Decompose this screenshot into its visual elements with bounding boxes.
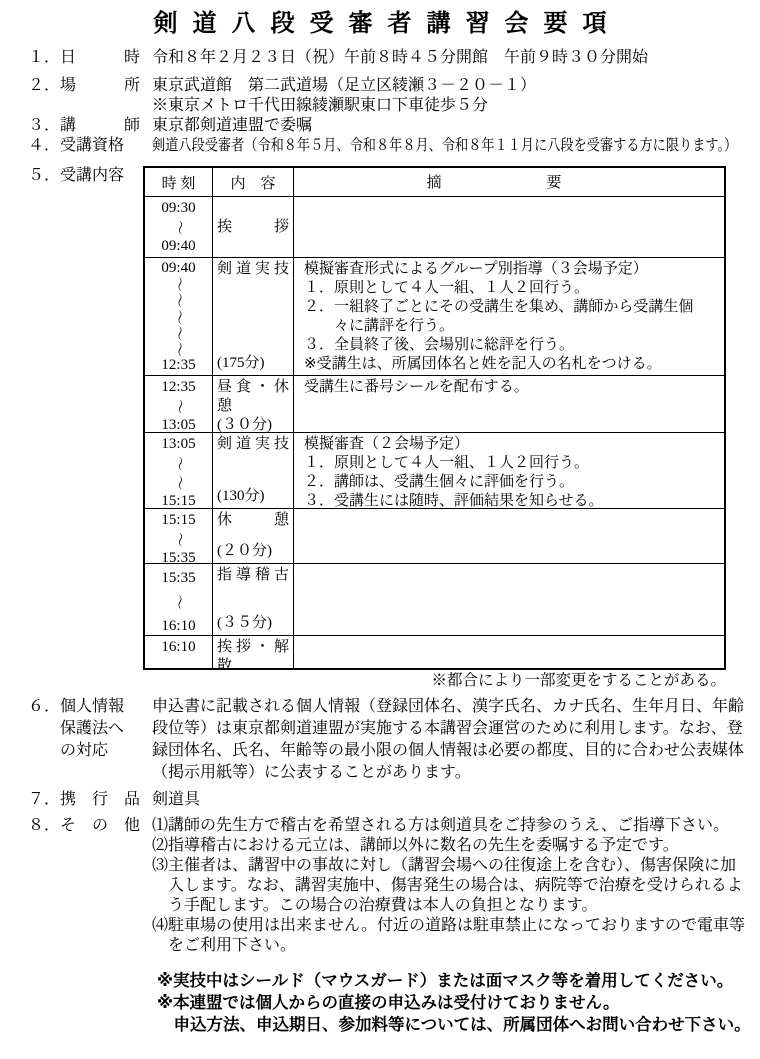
summary-cell [294,509,724,563]
item-label-text: 場 所 [60,76,140,96]
item-label: ２．場 所 [28,76,152,96]
item-belongings: ７．携 行 品 剣道具 [28,790,760,810]
duration-label: (２０分) [217,542,289,561]
activity-name: 指導稽古 [217,566,289,585]
item-privacy: ６．個人情報 保護法へ の対応 申込書に記載される個人情報（登録団体名、漢字氏名… [28,696,760,784]
item-text: 剣道八段受審者（令和８年５月、令和８年８月、令和８年１１月に八段を受審する方に限… [152,136,760,156]
activity-name: 挨拶 [217,218,289,237]
item-text: 申込書に記載される個人情報（登録団体名、漢字氏名、カナ氏名、生年月日、年齢 段位… [152,696,760,784]
item-other: ８．そ の 他 ⑴講師の先生方で稽古を希望される方は剣道具をご持参のうえ、ご指導… [28,816,760,956]
item-text: 東京武道館 第二武道場（足立区綾瀬３－２０－１） ※東京メトロ千代田線綾瀬駅東口… [152,76,760,116]
header-time-cell: 時 刻 [145,168,213,196]
item-number: ３． [28,116,60,136]
item-label-text: 受講内容 [60,166,124,186]
item-text: ⑴講師の先生方で稽古を希望される方は剣道具をご持参のうえ、ご指導下さい。 ⑵指導… [152,816,760,956]
activity-cell: 挨拶 [213,197,294,257]
activity-cell: 剣道実技(130分) [213,433,294,508]
item-text: 東京都剣道連盟で委嘱 [152,116,760,136]
time-cell: 16:10 [145,636,213,668]
duration-label: (３５分) [217,614,289,633]
item-number: ５． [28,166,60,186]
activity-name: 挨拶・解散 [217,638,289,668]
wave-dash-icon: 〜 [169,509,188,563]
schedule-row: 15:35〜16:10指導稽古(３５分) [145,563,724,635]
header-summary-cell: 摘 要 [294,168,724,196]
schedule-row: 09:30〜09:40挨拶 [145,196,724,257]
item-label: ６．個人情報 保護法へ の対応 [28,696,152,762]
item-label-text: 個人情報 保護法へ の対応 [60,696,124,762]
duration-label: (130分) [217,487,289,506]
summary-cell [294,197,724,257]
item-label-text: 受講資格 [60,136,124,156]
time-cell: 09:30〜09:40 [145,197,213,257]
item-text: 令和８年２月２３日（祝）午前８時４５分開館 午前９時３０分開始 [152,48,760,68]
activity-cell: 昼食・休憩(３０分) [213,376,294,432]
item-instructors: ３．講 師 東京都剣道連盟で委嘱 [28,116,760,136]
summary-cell [294,636,724,668]
wave-dash-icon: 〜 [170,316,186,375]
item-label-text: 携 行 品 [60,790,140,810]
summary-cell: 受講生に番号シールを配布する。 [294,376,724,432]
summary-cell [294,564,724,635]
summary-cell: 模擬審査形式によるグループ別指導（３会場予定） １．原則として４人一組、１人２回… [294,258,724,375]
time-cell: 12:35〜13:05 [145,376,213,432]
wave-dash-icon: 〜 [169,197,188,257]
item-label-text: 日 時 [60,48,140,68]
item-number: ２． [28,76,60,96]
item-text: 剣道具 [152,790,760,810]
start-time: 16:10 [145,638,212,657]
item-number: ６． [28,696,60,762]
wave-dash-icon: 〜 [167,569,191,636]
activity-name: 昼食・休憩 [217,378,289,416]
schedule-body: 09:30〜09:40挨拶09:40〜〜〜〜〜12:35剣道実技(175分)模擬… [145,196,724,668]
duration-label: (３０分) [217,416,289,432]
item-number: ４． [28,136,60,156]
bold-footnotes: ※実技中はシールド（マウスガード）または面マスク等を着用してください。 ※本連盟… [157,970,760,1036]
schedule-table: 時 刻 内 容 摘 要 09:30〜09:40挨拶09:40〜〜〜〜〜12:35… [143,166,726,670]
schedule-area: 時 刻 内 容 摘 要 09:30〜09:40挨拶09:40〜〜〜〜〜12:35… [152,166,760,690]
item-label: １．日 時 [28,48,152,68]
wave-dash-icon: 〜 [169,376,188,432]
activity-name: 剣道実技 [217,260,289,279]
activity-name: 休憩 [217,511,289,530]
item-curriculum: ５．受講内容 時 刻 内 容 摘 要 09:30〜09:40挨拶09:40〜〜〜… [28,166,760,690]
schedule-row: 15:15〜15:35休憩(２０分) [145,508,724,563]
item-label: ４．受講資格 [28,136,152,156]
duration-label: (175分) [217,354,289,373]
time-cell: 13:05〜〜15:15 [145,433,213,508]
time-cell: 15:35〜16:10 [145,564,213,635]
item-label-text: 講 師 [60,116,140,136]
item-date: １．日 時 令和８年２月２３日（祝）午前８時４５分開館 午前９時３０分開始 [28,48,760,68]
item-number: ８． [28,816,60,836]
document-title: 剣道八段受審者講習会要項 [28,10,732,38]
item-label: ７．携 行 品 [28,790,152,810]
schedule-row: 13:05〜〜15:15剣道実技(130分)模擬審査（２会場予定） １．原則とし… [145,432,724,508]
condensed-text: 剣道八段受審者（令和８年５月、令和８年８月、令和８年１１月に八段を受審する方に限… [152,136,737,156]
item-label: ８．そ の 他 [28,816,152,836]
header-content-cell: 内 容 [213,168,294,196]
item-label-text: そ の 他 [60,816,140,836]
schedule-note: ※都合により一部変更をすることがある。 [143,672,726,690]
summary-cell: 模擬審査（２会場予定） １．原則として４人一組、１人２回行う。 ２．講師は、受講… [294,433,724,508]
activity-name: 剣道実技 [217,435,289,454]
activity-cell: 挨拶・解散 [213,636,294,668]
item-label: ５．受講内容 [28,166,152,186]
schedule-row: 16:10挨拶・解散 [145,635,724,668]
wave-dash-icon: 〜 [169,449,188,508]
activity-cell: 休憩(２０分) [213,509,294,563]
item-number: ７． [28,790,60,810]
item-eligibility: ４．受講資格 剣道八段受審者（令和８年５月、令和８年８月、令和８年１１月に八段を… [28,136,760,156]
time-cell: 15:15〜15:35 [145,509,213,563]
schedule-header-row: 時 刻 内 容 摘 要 [145,168,724,196]
item-place: ２．場 所 東京武道館 第二武道場（足立区綾瀬３－２０－１） ※東京メトロ千代田… [28,76,760,116]
item-number: １． [28,48,60,68]
item-label: ３．講 師 [28,116,152,136]
document-page: 剣道八段受審者講習会要項 １．日 時 令和８年２月２３日（祝）午前８時４５分開館… [0,0,760,1036]
schedule-row: 09:40〜〜〜〜〜12:35剣道実技(175分)模擬審査形式によるグループ別指… [145,257,724,375]
schedule-row: 12:35〜13:05昼食・休憩(３０分)受講生に番号シールを配布する。 [145,375,724,432]
activity-cell: 剣道実技(175分) [213,258,294,375]
time-cell: 09:40〜〜〜〜〜12:35 [145,258,213,375]
activity-cell: 指導稽古(３５分) [213,564,294,635]
